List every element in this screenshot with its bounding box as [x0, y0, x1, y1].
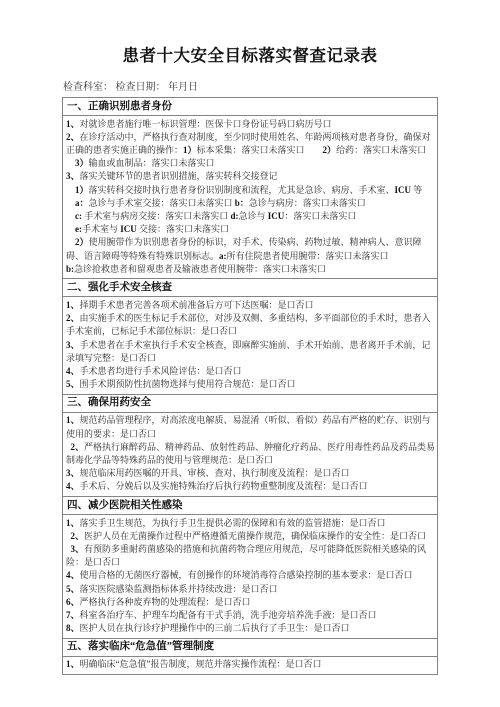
table-line: 2、严格执行麻醉药品、精神药品、放射性药品、肿瘤化疗药品、医疗用毒性药品及药品类…: [66, 441, 434, 454]
line-segment: 急诊与: [239, 211, 268, 221]
line-segment: d:: [231, 211, 239, 221]
table-line: 2、在诊疗活动中，严格执行查对制度，至少同时使用姓名、年龄两项核对患者身份，确保…: [66, 131, 434, 144]
line-segment: 医护人员在执行诊疗护理操作中的三前二后执行了手卫生：是口否口: [80, 623, 350, 633]
line-segment: 5、: [66, 584, 80, 594]
line-segment: ICU: [268, 211, 285, 221]
line-segment: 4、: [66, 481, 80, 491]
line-segment: 录填写完整：是口否口: [66, 353, 156, 363]
line-segment: 交接：落实口未落实口: [137, 224, 229, 234]
line-segment: 手术患者在手术室执行手术安全核查，即麻醉实施前、手术开始前、患者离开手术前，记: [80, 340, 431, 350]
section: 二、强化手术安全核查1、择期手术患者完善各项术前准备后方可下达医嘱：是口否口2、…: [63, 279, 437, 394]
document-title: 患者十大安全目标落实督查记录表: [62, 42, 438, 66]
table-line: 3、手术患者在手术室执行手术安全核查，即麻醉实施前、手术开始前、患者离开手术前，…: [66, 339, 434, 352]
line-segment: 制毒化学品等特殊药品的使用与管理规范：是口否口: [66, 455, 273, 465]
line-segment: 手术后、分娩后以及实施特殊治疗后执行药物重整制度及流程：是口否口: [80, 481, 368, 491]
line-segment: 使用腕带作为识别患者身份的标识，对手术、传染病、药物过敏、精神病人、意识障: [89, 237, 422, 247]
table-line: 3、落实关键环节的患者识别措施，落实转科交接登记: [66, 170, 434, 183]
line-segment: 输血或血制品：落实口未落实口: [89, 158, 215, 168]
line-segment: 严格执行各种废弃物的处理流程：是口否口: [80, 597, 251, 607]
line-segment: 2、: [71, 531, 85, 541]
section-header: 一、正确识别患者身份: [63, 98, 437, 116]
line-segment: 6、: [66, 597, 80, 607]
line-segment: 医护人员在无菌操作过程中严格遵循无菌操作规范，确保临床操作的安全性：是口否口: [84, 531, 426, 541]
line-segment: 4、: [66, 570, 80, 580]
line-segment: 碍、语言障碍等特殊有特殊识别标志。: [66, 251, 219, 261]
line-segment: ：落实口未落实口: [284, 211, 356, 221]
table-line: 2、由实施手术的医生标记手术部位，对涉及双侧、多重结构、多平面部位的手术时，患者…: [66, 312, 434, 325]
meta-line: 检查科室： 检查日期： 年月日: [63, 78, 438, 93]
table-line: 2、医护人员在无菌操作过程中严格遵循无菌操作规范，确保临床操作的安全性：是口否口: [66, 530, 434, 543]
line-segment: 有预防多重耐药菌感染的措施和抗菌药物合理应用规范，尽可能降低医院相关感染的风: [84, 544, 426, 554]
table-line: 3、有预防多重耐药菌感染的措施和抗菌药物合理应用规范，尽可能降低医院相关感染的风: [66, 543, 434, 556]
section-body: 1、规范药品管理程序，对高浓度电解质、易混淆（听似、看似）药品有严格的贮存、识别…: [63, 413, 437, 496]
table-line: 2）使用腕带作为识别患者身份的标识，对手术、传染病、药物过敏、精神病人、意识障: [66, 236, 434, 249]
line-segment: 对就诊患者施行唯一标识管理：医保卡口身份证号码口病历号口: [80, 119, 332, 129]
section-body: 1、择期手术患者完善各项术前准备后方可下达医嘱：是口否口2、由实施手术的医生标记…: [63, 297, 437, 393]
line-segment: 7、: [66, 610, 80, 620]
line-segment: a：: [75, 198, 89, 208]
table-line: 1、择期手术患者完善各项术前准备后方可下达医嘱：是口否口: [66, 299, 434, 312]
document-page: 患者十大安全目标落实督查记录表 检查科室： 检查日期： 年月日 一、正确识别患者…: [62, 0, 438, 675]
line-segment: 8、: [66, 623, 80, 633]
line-segment: 3、: [66, 171, 80, 181]
line-segment: 规范药品管理程序，对高浓度电解质、易混淆（听似、看似）药品有严格的贮存、识别与: [80, 415, 431, 425]
line-segment: ICU: [120, 224, 137, 234]
line-segment: 使用合格的无菌医疗器械，有创操作的环境消毒符合感染控制的基本要求：是口否口: [80, 570, 413, 580]
section-body: 1、落实手卫生规范，为执行手卫生提供必需的保障和有效的监管措施：是口否口2、医护…: [63, 515, 437, 638]
line-segment: 1、: [66, 518, 80, 528]
line-segment: 4、: [66, 366, 80, 376]
line-segment: 规范临床用药医嘱的开具、审核、查对、执行制度及流程：是口否口: [80, 468, 350, 478]
section: 四、减少医院相关性感染1、落实手卫生规范，为执行手卫生提供必需的保障和有效的监管…: [63, 497, 437, 639]
table-line: 4、使用合格的无菌医疗器械，有创操作的环境消毒符合感染控制的基本要求：是口否口: [66, 569, 434, 582]
table-line: 1）落实转科交接时执行患者身份识别制度和流程，尤其是急诊、病房、手术室、ICU …: [66, 184, 434, 197]
line-segment: 使用的要求：是口否口: [66, 429, 156, 439]
line-segment: 落实转科交接时执行患者身份识别制度和流程，尤其是急诊、病房、手术室、: [89, 185, 395, 195]
line-segment: 险：是口否口: [66, 557, 120, 567]
table-line: 8、医护人员在执行诊疗护理操作中的三前二后执行了手卫生：是口否口: [66, 622, 434, 635]
line-segment: 2）: [75, 237, 89, 247]
line-segment: 在诊疗活动中，严格执行查对制度，至少同时使用姓名、年龄两项核对患者身份，确保对: [80, 132, 431, 142]
line-segment: 落实关键环节的患者识别措施，落实转科交接登记: [80, 171, 278, 181]
line-segment: 1、: [66, 659, 80, 669]
section-body: 1、明确临床“危急值”报告制度，规范并落实操作流程：是口否口: [63, 657, 437, 674]
line-segment: 正确的患者实施正确的操作：: [66, 145, 183, 155]
line-segment: 手术室与病房交接：落实口未落实口: [82, 211, 231, 221]
section-header: 四、减少医院相关性感染: [63, 497, 437, 515]
table-line: 1、明确临床“危急值”报告制度，规范并落实操作流程：是口否口: [66, 658, 434, 671]
line-segment: 急诊与病房：落实口未落实口: [249, 198, 366, 208]
line-segment: 明确临床“危急值”报告制度，规范并落实操作流程：是口否口: [80, 659, 322, 669]
section-header: 五、落实临床“危急值”管理制度: [63, 639, 437, 657]
line-segment: 5、: [66, 379, 80, 389]
section: 三、确保用药安全1、规范药品管理程序，对高浓度电解质、易混淆（听似、看似）药品有…: [63, 395, 437, 497]
table-line: 正确的患者实施正确的操作：1）标本采集：落实口未落实口 2）给药：落实口未落实口: [66, 144, 434, 157]
table-line: 制毒化学品等特殊药品的使用与管理规范：是口否口: [66, 454, 434, 467]
section: 五、落实临床“危急值”管理制度1、明确临床“危急值”报告制度，规范并落实操作流程…: [63, 639, 437, 674]
table-line: 1、规范药品管理程序，对高浓度电解质、易混淆（听似、看似）药品有严格的贮存、识别…: [66, 414, 434, 427]
line-segment: 3）: [75, 158, 89, 168]
table-line: 险：是口否口: [66, 556, 434, 569]
line-segment: 落实医院感染监测指标体系并持续改进：是口否口: [80, 584, 278, 594]
table-line: b:急诊抢救患者和留观患者及输液患者使用腕带：落实口未落实口: [66, 263, 434, 276]
table-line: 5、落实医院感染监测指标体系并持续改进：是口否口: [66, 583, 434, 596]
table-line: 1、对就诊患者施行唯一标识管理：医保卡口身份证号码口病历号口: [66, 118, 434, 131]
line-segment: 标本采集：落实口未落实口: [197, 145, 323, 155]
section: 一、正确识别患者身份1、对就诊患者施行唯一标识管理：医保卡口身份证号码口病历号口…: [63, 98, 437, 279]
line-segment: 3、: [66, 468, 80, 478]
table-line: a：急诊与手术室交接：落实口未落实口 b：急诊与病房：落实口未落实口: [66, 197, 434, 210]
line-segment: b:: [66, 264, 74, 274]
line-segment: b：: [235, 198, 249, 208]
line-segment: 手术室与: [82, 224, 120, 234]
table-line: c: 手术室与病房交接：落实口未落实口 d:急诊与 ICU：落实口未落实口: [66, 210, 434, 223]
table-line: 5、围手术期预防性抗菌物选择与使用符合规范：是口否口: [66, 378, 434, 391]
table-line: 7、科室各治疗车、护理车均配备有干式手消，洗手池旁培养洗手液：是口否口: [66, 609, 434, 622]
line-segment: 3、: [66, 340, 80, 350]
line-segment: 1、: [66, 415, 80, 425]
table-line: 6、严格执行各种废弃物的处理流程：是口否口: [66, 596, 434, 609]
line-segment: 3、: [71, 544, 85, 554]
table-line: 碍、语言障碍等特殊有特殊识别标志。a:所有住院患者使用腕带：落实口未落实口: [66, 250, 434, 263]
section-header: 二、强化手术安全核查: [63, 279, 437, 297]
table-line: 3）输血或血制品：落实口未落实口: [66, 157, 434, 170]
line-segment: 围手术期预防性抗菌物选择与使用符合规范：是口否口: [80, 379, 296, 389]
line-segment: 严格执行麻醉药品、精神药品、放射性药品、肿瘤化疗药品、医疗用毒性药品及药品类易: [84, 442, 435, 452]
line-segment: 1、: [66, 300, 80, 310]
line-segment: 2、: [66, 132, 80, 142]
line-segment: 所有住院患者使用腕带：落实口未落实口: [227, 251, 389, 261]
line-segment: 急诊与手术室交接：落实口未落实口: [89, 198, 235, 208]
table-line: e:手术室与 ICU 交接：落实口未落实口: [66, 223, 434, 236]
table-line: 1、落实手卫生规范，为执行手卫生提供必需的保障和有效的监管措施：是口否口: [66, 517, 434, 530]
line-segment: 2）: [323, 145, 337, 155]
line-segment: a:: [219, 251, 227, 261]
line-segment: 2、: [66, 313, 80, 323]
line-segment: 等: [411, 185, 422, 195]
table-line: 4、手术患者均进行手术风险评估：是口否口: [66, 365, 434, 378]
line-segment: 急诊抢救患者和留观患者及输液患者使用腕带：落实口未落实口: [74, 264, 326, 274]
line-segment: 择期手术患者完善各项术前准备后方可下达医嘱：是口否口: [80, 300, 314, 310]
line-segment: 由实施手术的医生标记手术部位，对涉及双侧、多重结构、多平面部位的手术时，患者入: [80, 313, 431, 323]
line-segment: ICU: [395, 185, 412, 195]
line-segment: 1、: [66, 119, 80, 129]
table-line: 3、规范临床用药医嘱的开具、审核、查对、执行制度及流程：是口否口: [66, 467, 434, 480]
section-body: 1、对就诊患者施行唯一标识管理：医保卡口身份证号码口病历号口2、在诊疗活动中，严…: [63, 116, 437, 278]
line-segment: e:: [75, 224, 82, 234]
record-table: 一、正确识别患者身份1、对就诊患者施行唯一标识管理：医保卡口身份证号码口病历号口…: [62, 97, 438, 675]
line-segment: 1）: [183, 145, 197, 155]
table-line: 4、手术后、分娩后以及实施特殊治疗后执行药物重整制度及流程：是口否口: [66, 480, 434, 493]
line-segment: 手术患者均进行手术风险评估：是口否口: [80, 366, 242, 376]
line-segment: 1）: [75, 185, 89, 195]
line-segment: 科室各治疗车、护理车均配备有干式手消，洗手池旁培养洗手液：是口否口: [80, 610, 377, 620]
line-segment: 给药：落实口未落实口: [336, 145, 426, 155]
line-segment: c:: [75, 211, 82, 221]
table-line: 使用的要求：是口否口: [66, 428, 434, 441]
line-segment: 手术室前，已标记手术部位标识：是口否口: [66, 326, 237, 336]
table-line: 录填写完整：是口否口: [66, 352, 434, 365]
line-segment: 落实手卫生规范，为执行手卫生提供必需的保障和有效的监管措施：是口否口: [80, 518, 386, 528]
section-header: 三、确保用药安全: [63, 395, 437, 413]
line-segment: 2、: [71, 442, 85, 452]
table-line: 手术室前，已标记手术部位标识：是口否口: [66, 325, 434, 338]
